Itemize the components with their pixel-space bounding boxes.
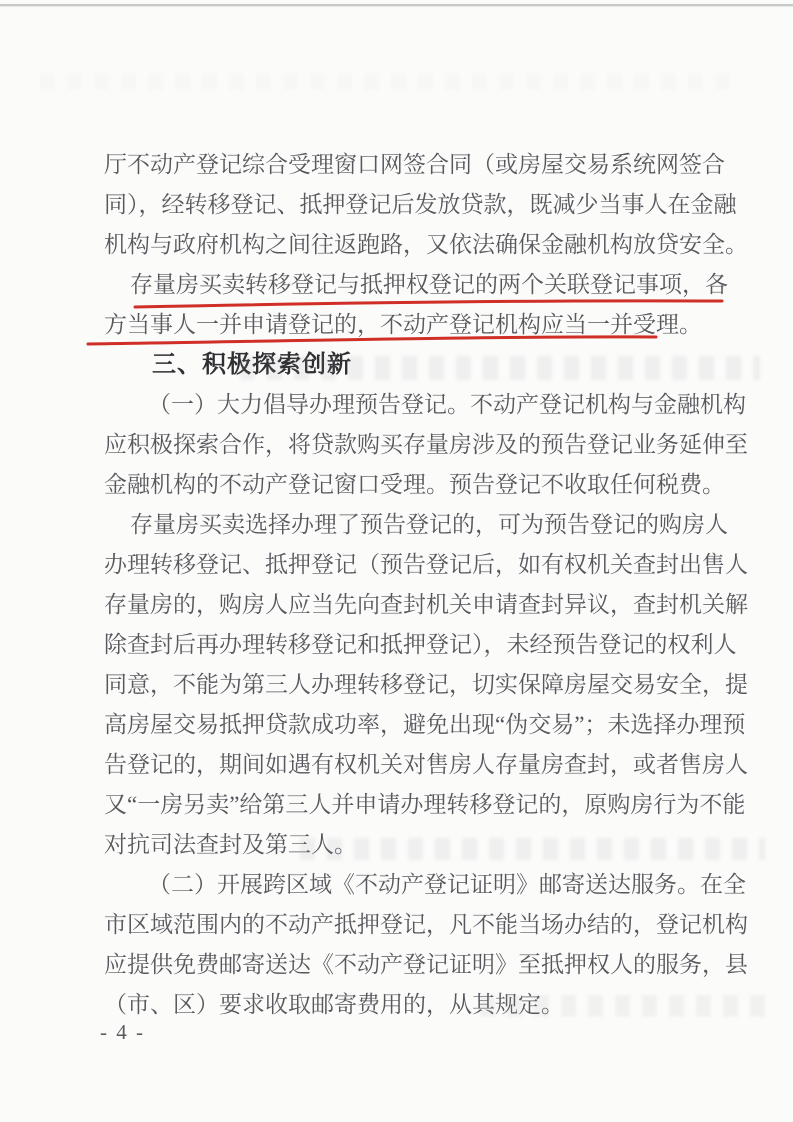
text-line: 机构与政府机构之间往返跑路，又依法确保金融机构放贷安全。 bbox=[104, 225, 726, 265]
text-line: 除查封后再办理转移登记和抵押登记），未经预告登记的权利人 bbox=[104, 625, 726, 665]
text-line: （二）开展跨区域《不动产登记证明》邮寄送达服务。在全 bbox=[104, 865, 726, 905]
text-line: 应积极探索合作，将贷款购买存量房涉及的预告登记业务延伸至 bbox=[104, 425, 726, 465]
document-body: 厅不动产登记综合受理窗口网签合同（或房屋交易系统网签合 同），经转移登记、抵押登… bbox=[104, 145, 726, 1025]
underlined-text-line: 存量房买卖转移登记与抵押权登记的两个关联登记事项，各 bbox=[104, 265, 726, 305]
text-line: 市区域范围内的不动产抵押登记，凡不能当场办结的，登记机构 bbox=[104, 905, 726, 945]
text-line: 应提供免费邮寄送达《不动产登记证明》至抵押权人的服务，县 bbox=[104, 945, 726, 985]
scan-edge-line bbox=[0, 4, 793, 6]
text-line: 同），经转移登记、抵押登记后发放贷款，既减少当事人在金融 bbox=[104, 185, 726, 225]
text-line: 金融机构的不动产登记窗口受理。预告登记不收取任何税费。 bbox=[104, 465, 726, 505]
text-line: 高房屋交易抵押贷款成功率，避免出现“伪交易”；未选择办理预 bbox=[104, 705, 726, 745]
text-line: （一）大力倡导办理预告登记。不动产登记机构与金融机构 bbox=[104, 385, 726, 425]
bleed-through-artifact bbox=[300, 838, 765, 860]
text-line: 告登记的，期间如遇有权机关对售房人存量房查封，或者售房人 bbox=[104, 745, 726, 785]
text-line: 同意，不能为第三人办理转移登记，切实保障房屋交易安全，提 bbox=[104, 665, 726, 705]
text-line: 又“一房另卖”给第三人并申请办理转移登记的，原购房行为不能 bbox=[104, 785, 726, 825]
bleed-through-artifact bbox=[240, 356, 760, 380]
text-line: 存量房买卖选择办理了预告登记的，可为预告登记的购房人 bbox=[104, 505, 726, 545]
text-line: 厅不动产登记综合受理窗口网签合同（或房屋交易系统网签合 bbox=[104, 145, 726, 185]
bleed-through-artifact bbox=[40, 74, 740, 90]
bleed-through-artifact bbox=[480, 995, 765, 1017]
text-line: 存量房的，购房人应当先向查封机关申请查封异议，查封机关解 bbox=[104, 585, 726, 625]
text-line: 办理转移登记、抵押登记（预告登记后，如有权机关查封出售人 bbox=[104, 545, 726, 585]
underlined-text-line: 方当事人一并申请登记的，不动产登记机构应当一并受理。 bbox=[104, 305, 726, 345]
scanned-document-page: 厅不动产登记综合受理窗口网签合同（或房屋交易系统网签合 同），经转移登记、抵押登… bbox=[0, 0, 793, 1122]
page-number: - 4 - bbox=[100, 1020, 145, 1045]
